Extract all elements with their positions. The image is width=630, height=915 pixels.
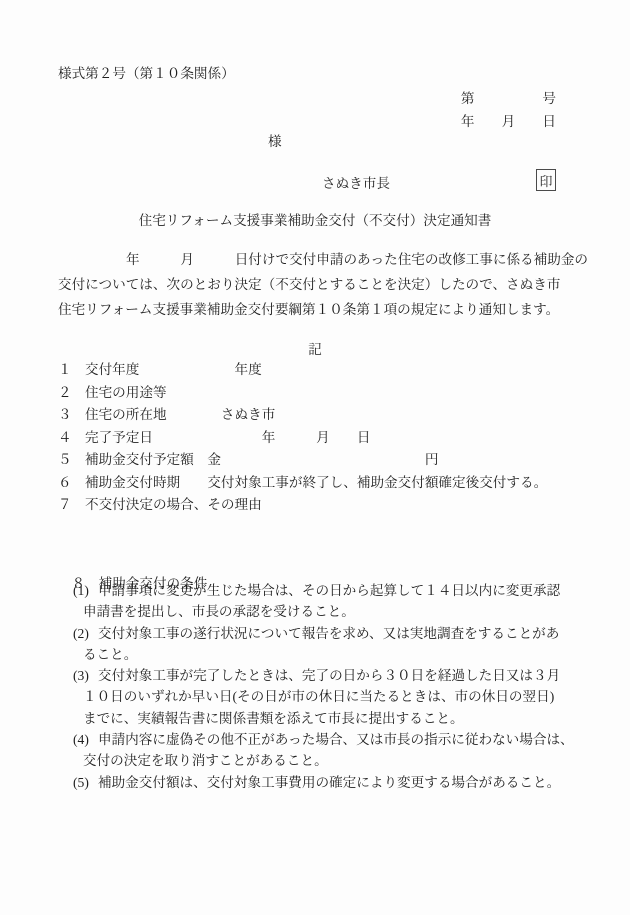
record-item: ６補助金交付時期 交付対象工事が終了し、補助金交付額確定後交付する。	[58, 472, 547, 495]
record-item-value: さぬき市	[167, 407, 276, 422]
record-item-number: ６	[58, 472, 85, 495]
condition-marker: (1)	[73, 580, 98, 601]
condition-continuation-line: 交付の決定を取り消すことがあること。	[58, 750, 618, 771]
record-item-label: 住宅の所在地	[85, 407, 167, 422]
document-page: 様式第２号（第１０条関係） 第 号 年 月 日 様 さぬき市長 印 住宅リフォー…	[0, 0, 630, 915]
body-line: 年 月 日付けで交付申請のあった住宅の改修工事に係る補助金の	[58, 247, 588, 272]
condition-marker: (5)	[73, 772, 98, 793]
condition-text: 交付対象工事の遂行状況について報告を求め、又は実地調査をすることがあ	[98, 626, 559, 641]
record-item-label: 完了予定日	[85, 430, 153, 445]
condition-text: 補助金交付額は、交付対象工事費用の確定により変更する場合があること。	[98, 775, 560, 790]
sender-title: さぬき市長	[322, 176, 390, 191]
condition-marker: (2)	[73, 623, 98, 644]
condition-continuation-line: 申請書を提出し、市長の承認を受けること。	[58, 601, 618, 622]
record-item-number: ５	[58, 449, 85, 472]
record-item: ３住宅の所在地 さぬき市	[58, 404, 547, 427]
condition-text: 申請事項に変更が生じた場合は、その日から起算して１４日以内に変更承認	[98, 583, 560, 598]
record-item-value: 金 円	[194, 452, 439, 467]
record-item-label: 不交付決定の場合、その理由	[85, 497, 262, 512]
condition-line: (1)申請事項に変更が生じた場合は、その日から起算して１４日以内に変更承認	[58, 580, 618, 601]
date-line: 年 月 日	[0, 110, 556, 130]
addressee-honorific: 様	[268, 134, 282, 149]
record-item-value: 年 月 日	[153, 430, 371, 445]
record-item-number: ７	[58, 494, 85, 517]
condition-marker: (4)	[73, 729, 98, 750]
form-number: 様式第２号（第１０条関係）	[58, 62, 235, 82]
record-items: １交付年度 年度２住宅の用途等３住宅の所在地 さぬき市４完了予定日 年 月 日５…	[58, 359, 547, 517]
body-paragraph: 年 月 日付けで交付申請のあった住宅の改修工事に係る補助金の交付については、次の…	[58, 247, 588, 322]
record-item: ２住宅の用途等	[58, 382, 547, 405]
record-item-number: ２	[58, 382, 85, 405]
addressee-line: 様	[268, 130, 282, 150]
body-line: 交付については、次のとおり決定（不交付とすることを決定）したので、さぬき市	[58, 272, 588, 297]
seal-mark: 印	[539, 171, 552, 190]
condition-text: 申請内容に虚偽その他不正があった場合、又は市長の指示に従わない場合は、	[98, 732, 574, 747]
record-item-number: １	[58, 359, 85, 382]
record-item: １交付年度 年度	[58, 359, 547, 382]
condition-continuation-line: までに、実績報告書に関係書類を添えて市長に提出すること。	[58, 708, 618, 729]
record-item: ４完了予定日 年 月 日	[58, 427, 547, 450]
conditions-list: (1)申請事項に変更が生じた場合は、その日から起算して１４日以内に変更承認申請書…	[58, 580, 618, 793]
condition-line: (2)交付対象工事の遂行状況について報告を求め、又は実地調査をすることがあ	[58, 623, 618, 644]
record-item: ５補助金交付予定額 金 円	[58, 449, 547, 472]
body-line: 住宅リフォーム支援事業補助金交付要綱第１０条第１項の規定により通知します。	[58, 297, 588, 322]
seal-box: 印	[536, 169, 556, 191]
condition-text: 交付対象工事が完了したときは、完了の日から３０日を経過した日又は３月	[98, 668, 560, 683]
sender-line: さぬき市長	[322, 172, 390, 192]
record-item-value: 年度	[139, 362, 261, 377]
record-item-label: 住宅の用途等	[85, 385, 167, 400]
condition-line: (4)申請内容に虚偽その他不正があった場合、又は市長の指示に従わない場合は、	[58, 729, 618, 750]
condition-marker: (3)	[73, 665, 98, 686]
record-item-label: 補助金交付時期	[85, 475, 180, 490]
condition-continuation-line: ること。	[58, 644, 618, 665]
record-item-value: 交付対象工事が終了し、補助金交付額確定後交付する。	[180, 475, 547, 490]
record-item: ７不交付決定の場合、その理由	[58, 494, 547, 517]
record-item-label: 補助金交付予定額	[85, 452, 194, 467]
record-item-number: ３	[58, 404, 85, 427]
condition-line: (3)交付対象工事が完了したときは、完了の日から３０日を経過した日又は３月	[58, 665, 618, 686]
record-heading: 記	[0, 338, 630, 358]
condition-continuation-line: １０日のいずれか早い日(その日が市の休日に当たるときは、市の休日の翌日)	[58, 686, 618, 707]
condition-line: (5)補助金交付額は、交付対象工事費用の確定により変更する場合があること。	[58, 772, 618, 793]
record-item-number: ４	[58, 427, 85, 450]
doc-number-line: 第 号	[0, 87, 556, 107]
record-item-label: 交付年度	[85, 362, 139, 377]
document-title: 住宅リフォーム支援事業補助金交付（不交付）決定通知書	[0, 209, 630, 229]
